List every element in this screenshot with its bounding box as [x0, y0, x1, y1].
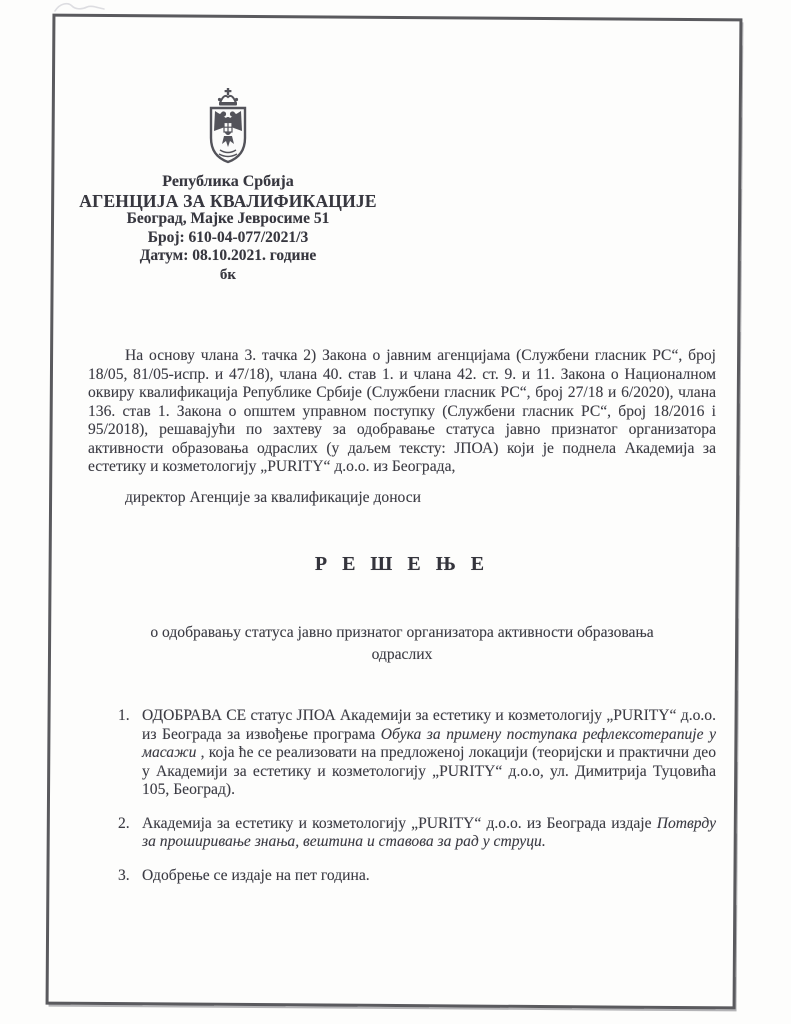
item-text-run: Академија за естетику и козметологију „P… [142, 815, 657, 832]
item-text-run: , која ће се реализовати на предложеној … [142, 744, 716, 798]
letterhead-address: Београд, Мајке Јевросиме 51 [58, 210, 398, 229]
serbia-coat-of-arms-icon [205, 86, 251, 166]
item-text: ОДОБРАВА СЕ статус ЈПОА Академији за ест… [142, 707, 716, 800]
legal-basis-paragraph: На основу члана 3. тачка 2) Закона о јав… [88, 347, 716, 477]
item-number: 1. [118, 707, 136, 800]
decision-items: 1. ОДОБРАВА СЕ статус ЈПОА Академији за … [118, 707, 716, 900]
decision-subtitle: о одобравању статуса јавно признатог орг… [88, 622, 716, 665]
decision-item-1: 1. ОДОБРАВА СЕ статус ЈПОА Академији за … [118, 707, 716, 800]
item-number: 3. [118, 867, 136, 886]
director-line: директор Агенције за квалификације донос… [88, 489, 753, 508]
item-text: Одобрење се издаје на пет година. [142, 867, 716, 886]
item-text: Академија за естетику и козметологију „P… [142, 815, 716, 852]
letterhead-agency: АГЕНЦИЈА ЗА КВАЛИФИКАЦИЈЕ [58, 192, 398, 211]
item-text-run: Одобрење се издаје на пет година. [142, 867, 370, 884]
letterhead: Република Србија АГЕНЦИЈА ЗА КВАЛИФИКАЦИ… [58, 86, 398, 284]
scanned-document-page: Република Србија АГЕНЦИЈА ЗА КВАЛИФИКАЦИ… [0, 0, 791, 1024]
letterhead-country: Република Србија [58, 173, 398, 192]
decision-item-2: 2. Академија за естетику и козметологију… [118, 815, 716, 852]
letterhead-case-number: Број: 610-04-077/2021/3 [58, 229, 398, 248]
letterhead-date: Датум: 08.10.2021. године [58, 247, 398, 266]
item-number: 2. [118, 815, 136, 852]
letterhead-initials: бк [58, 266, 398, 285]
decision-item-3: 3. Одобрење се издаје на пет година. [118, 867, 716, 886]
decision-title: Р Е Ш Е Њ Е [88, 555, 716, 574]
